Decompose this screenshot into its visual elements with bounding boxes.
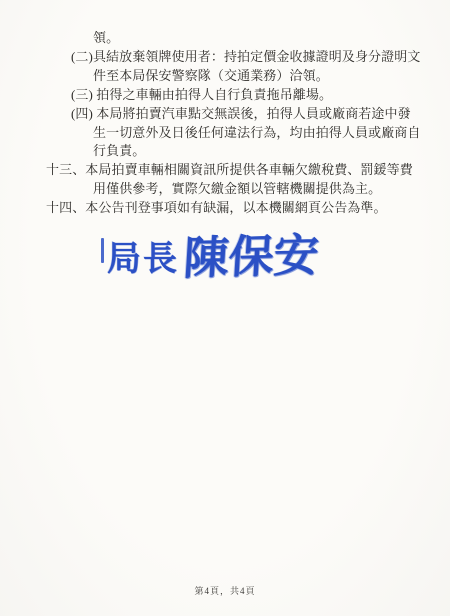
doc-line: (四) 本局將拍賣汽車點交無誤後，拍得人員或廠商若途中發 (0, 105, 442, 124)
doc-line: 件至本局保安警察隊（交通業務）洽領。 (0, 67, 442, 86)
doc-line: (三) 拍得之車輛由拍得人自行負責拖吊離場。 (0, 86, 442, 105)
doc-line: 十四、本公告刊登事項如有缺漏，以本機關網頁公告為準。 (0, 199, 442, 218)
doc-line: 十三、本局拍賣車輛相關資訊所提供各車輛欠繳稅費、罰鍰等費 (0, 161, 442, 180)
doc-line: 用僅供參考，實際欠繳金額以管轄機關提供為主。 (0, 180, 442, 199)
doc-line: (二)具結放棄領牌使用者：持拍定價金收據證明及身分證明文 (0, 48, 442, 67)
scanned-document-page: 領。 (二)具結放棄領牌使用者：持拍定價金收據證明及身分證明文 件至本局保安警察… (0, 0, 450, 616)
director-signature-stamp: 局長 陳保安 (101, 222, 319, 285)
signature-title: 局長 (107, 231, 179, 280)
stamp-edge-mark (101, 238, 104, 263)
doc-line: 行負責。 (0, 142, 442, 161)
doc-line: 生一切意外及日後任何違法行為，均由拍得人員或廠商自 (0, 124, 442, 143)
page-number-footer: 第4頁，共4頁 (0, 584, 450, 597)
announcement-body: 領。 (二)具結放棄領牌使用者：持拍定價金收據證明及身分證明文 件至本局保安警察… (0, 29, 442, 218)
signature-name: 陳保安 (182, 218, 321, 287)
doc-line: 領。 (0, 29, 442, 48)
